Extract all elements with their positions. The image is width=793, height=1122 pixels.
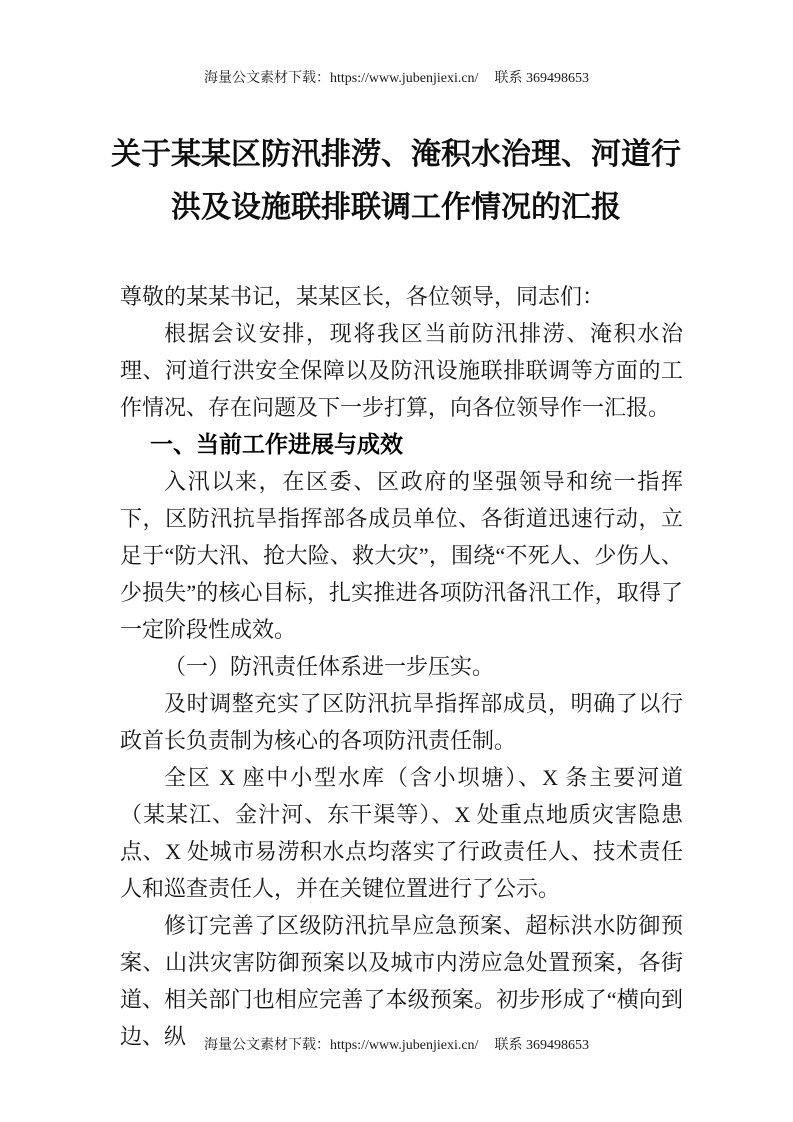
page-footer: 海量公文素材下载：https://www.jubenjiexi.cn/联系 36…	[0, 1037, 793, 1055]
paragraph-introduction: 根据会议安排，现将我区当前防汛排涝、淹积水治理、河道行洪安全保障以及防汛设施联排…	[120, 315, 683, 426]
document-title: 关于某某区防汛排涝、淹积水治理、河道行洪及设施联排联调工作情况的汇报	[101, 128, 691, 234]
paragraph-emergency-plans: 修订完善了区级防汛抗旱应急预案、超标洪水防御预案、山洪灾害防御预案以及城市内涝应…	[120, 907, 683, 1055]
section-heading-1: 一、当前工作进展与成效	[120, 426, 683, 463]
paragraph-responsibility-system: 及时调整充实了区防汛抗旱指挥部成员，明确了以行政首长负责制为核心的各项防汛责任制…	[120, 685, 683, 759]
document-body: 尊敬的某某书记，某某区长，各位领导，同志们： 根据会议安排，现将我区当前防汛排涝…	[120, 278, 683, 1055]
paragraph-progress-overview: 入汛以来，在区委、区政府的坚强领导和统一指挥下，区防汛抗旱指挥部各成员单位、各街…	[120, 463, 683, 648]
header-url: https://www.jubenjiexi.cn/	[330, 71, 478, 86]
footer-url: https://www.jubenjiexi.cn/	[330, 1038, 478, 1053]
header-contact: 联系 369498653	[494, 71, 589, 86]
salutation-line: 尊敬的某某书记，某某区长，各位领导，同志们：	[120, 278, 683, 315]
footer-contact: 联系 369498653	[494, 1038, 589, 1053]
subsection-heading-1-1: （一）防汛责任体系进一步压实。	[120, 648, 683, 685]
paragraph-responsible-persons: 全区 X 座中小型水库（含小坝塘）、X 条主要河道（某某江、金汁河、东干渠等）、…	[120, 759, 683, 907]
footer-download-label: 海量公文素材下载：	[204, 1038, 330, 1053]
header-download-label: 海量公文素材下载：	[204, 71, 330, 86]
page-header: 海量公文素材下载：https://www.jubenjiexi.cn/联系 36…	[0, 70, 793, 88]
document-page: 海量公文素材下载：https://www.jubenjiexi.cn/联系 36…	[0, 0, 793, 1122]
